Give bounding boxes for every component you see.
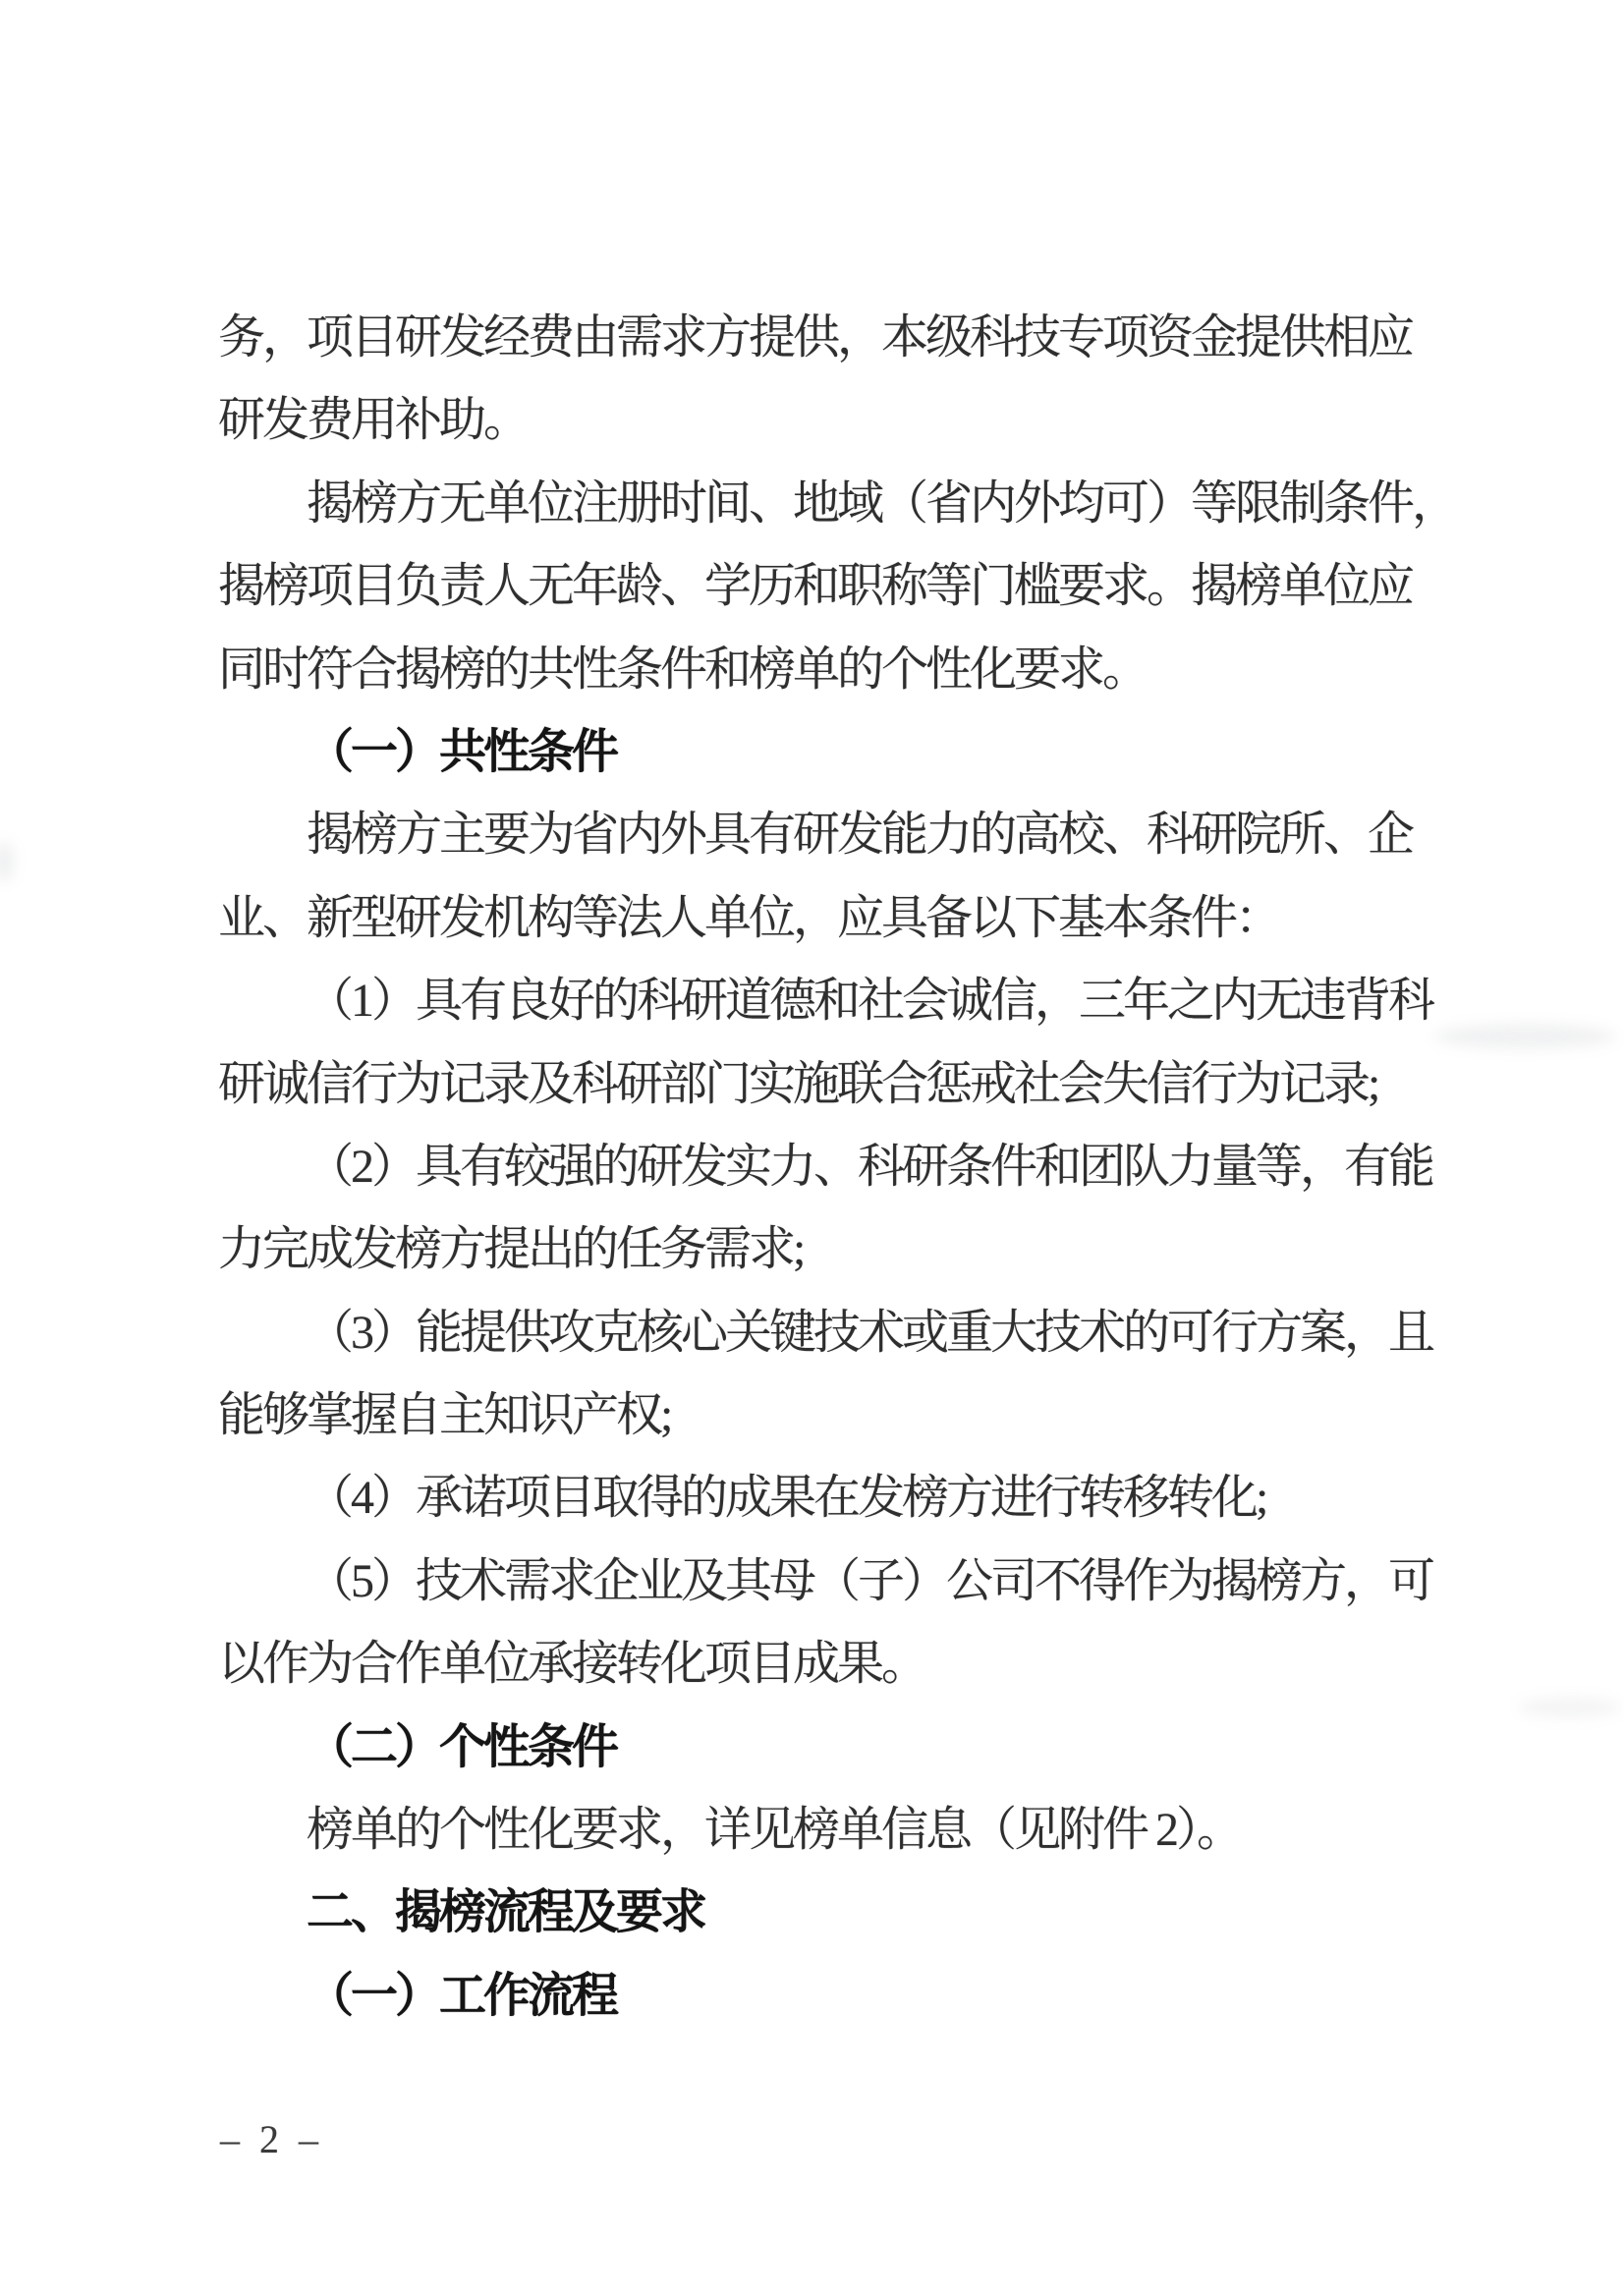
heading-line: （一）共性条件 bbox=[218, 711, 1436, 794]
body-line: （3）能提供攻克核心关键技术或重大技术的可行方案，且 bbox=[218, 1292, 1436, 1374]
text-block: 务，项目研发经费由需求方提供，本级科技专项资金提供相应研发费用补助。揭榜方无单位… bbox=[218, 297, 1436, 2038]
body-line: （2）具有较强的研发实力、科研条件和团队力量等，有能 bbox=[218, 1126, 1436, 1208]
scan-artifact bbox=[1518, 1698, 1621, 1717]
body-line: （1）具有良好的科研道德和社会诚信，三年之内无违背科 bbox=[218, 960, 1436, 1042]
body-line: 以作为合作单位承接转化项目成果。 bbox=[218, 1623, 1436, 1706]
body-line: 务，项目研发经费由需求方提供，本级科技专项资金提供相应 bbox=[218, 297, 1436, 379]
scanned-document-page: 务，项目研发经费由需求方提供，本级科技专项资金提供相应研发费用补助。揭榜方无单位… bbox=[0, 0, 1624, 2295]
body-line: 同时符合揭榜的共性条件和榜单的个性化要求。 bbox=[218, 629, 1436, 711]
body-line: 业、新型研发机构等法人单位，应具备以下基本条件： bbox=[218, 877, 1436, 960]
body-line: 揭榜项目负责人无年龄、学历和职称等门槛要求。揭榜单位应 bbox=[218, 545, 1436, 628]
scan-artifact bbox=[0, 841, 14, 882]
body-line: 研发费用补助。 bbox=[218, 379, 1436, 462]
heading-line: （二）个性条件 bbox=[218, 1707, 1436, 1789]
body-line: 榜单的个性化要求，详见榜单信息（见附件 2）。 bbox=[218, 1789, 1436, 1872]
body-line: 力完成发榜方提出的任务需求; bbox=[218, 1208, 1436, 1291]
heading-line: （一）工作流程 bbox=[218, 1955, 1436, 2038]
body-line: （5）技术需求企业及其母（子）公司不得作为揭榜方，可 bbox=[218, 1540, 1436, 1623]
body-line: 揭榜方主要为省内外具有研发能力的高校、科研院所、企 bbox=[218, 794, 1436, 876]
heading-line: 二、揭榜流程及要求 bbox=[218, 1872, 1436, 1954]
body-line: 能够掌握自主知识产权; bbox=[218, 1374, 1436, 1457]
body-line: （4）承诺项目取得的成果在发榜方进行转移转化; bbox=[218, 1457, 1436, 1539]
scan-artifact bbox=[1434, 1024, 1616, 1049]
body-line: 研诚信行为记录及科研部门实施联合惩戒社会失信行为记录; bbox=[218, 1043, 1436, 1126]
body-line: 揭榜方无单位注册时间、地域（省内外均可）等限制条件， bbox=[218, 463, 1436, 545]
page-number: – 2 – bbox=[220, 2118, 323, 2161]
